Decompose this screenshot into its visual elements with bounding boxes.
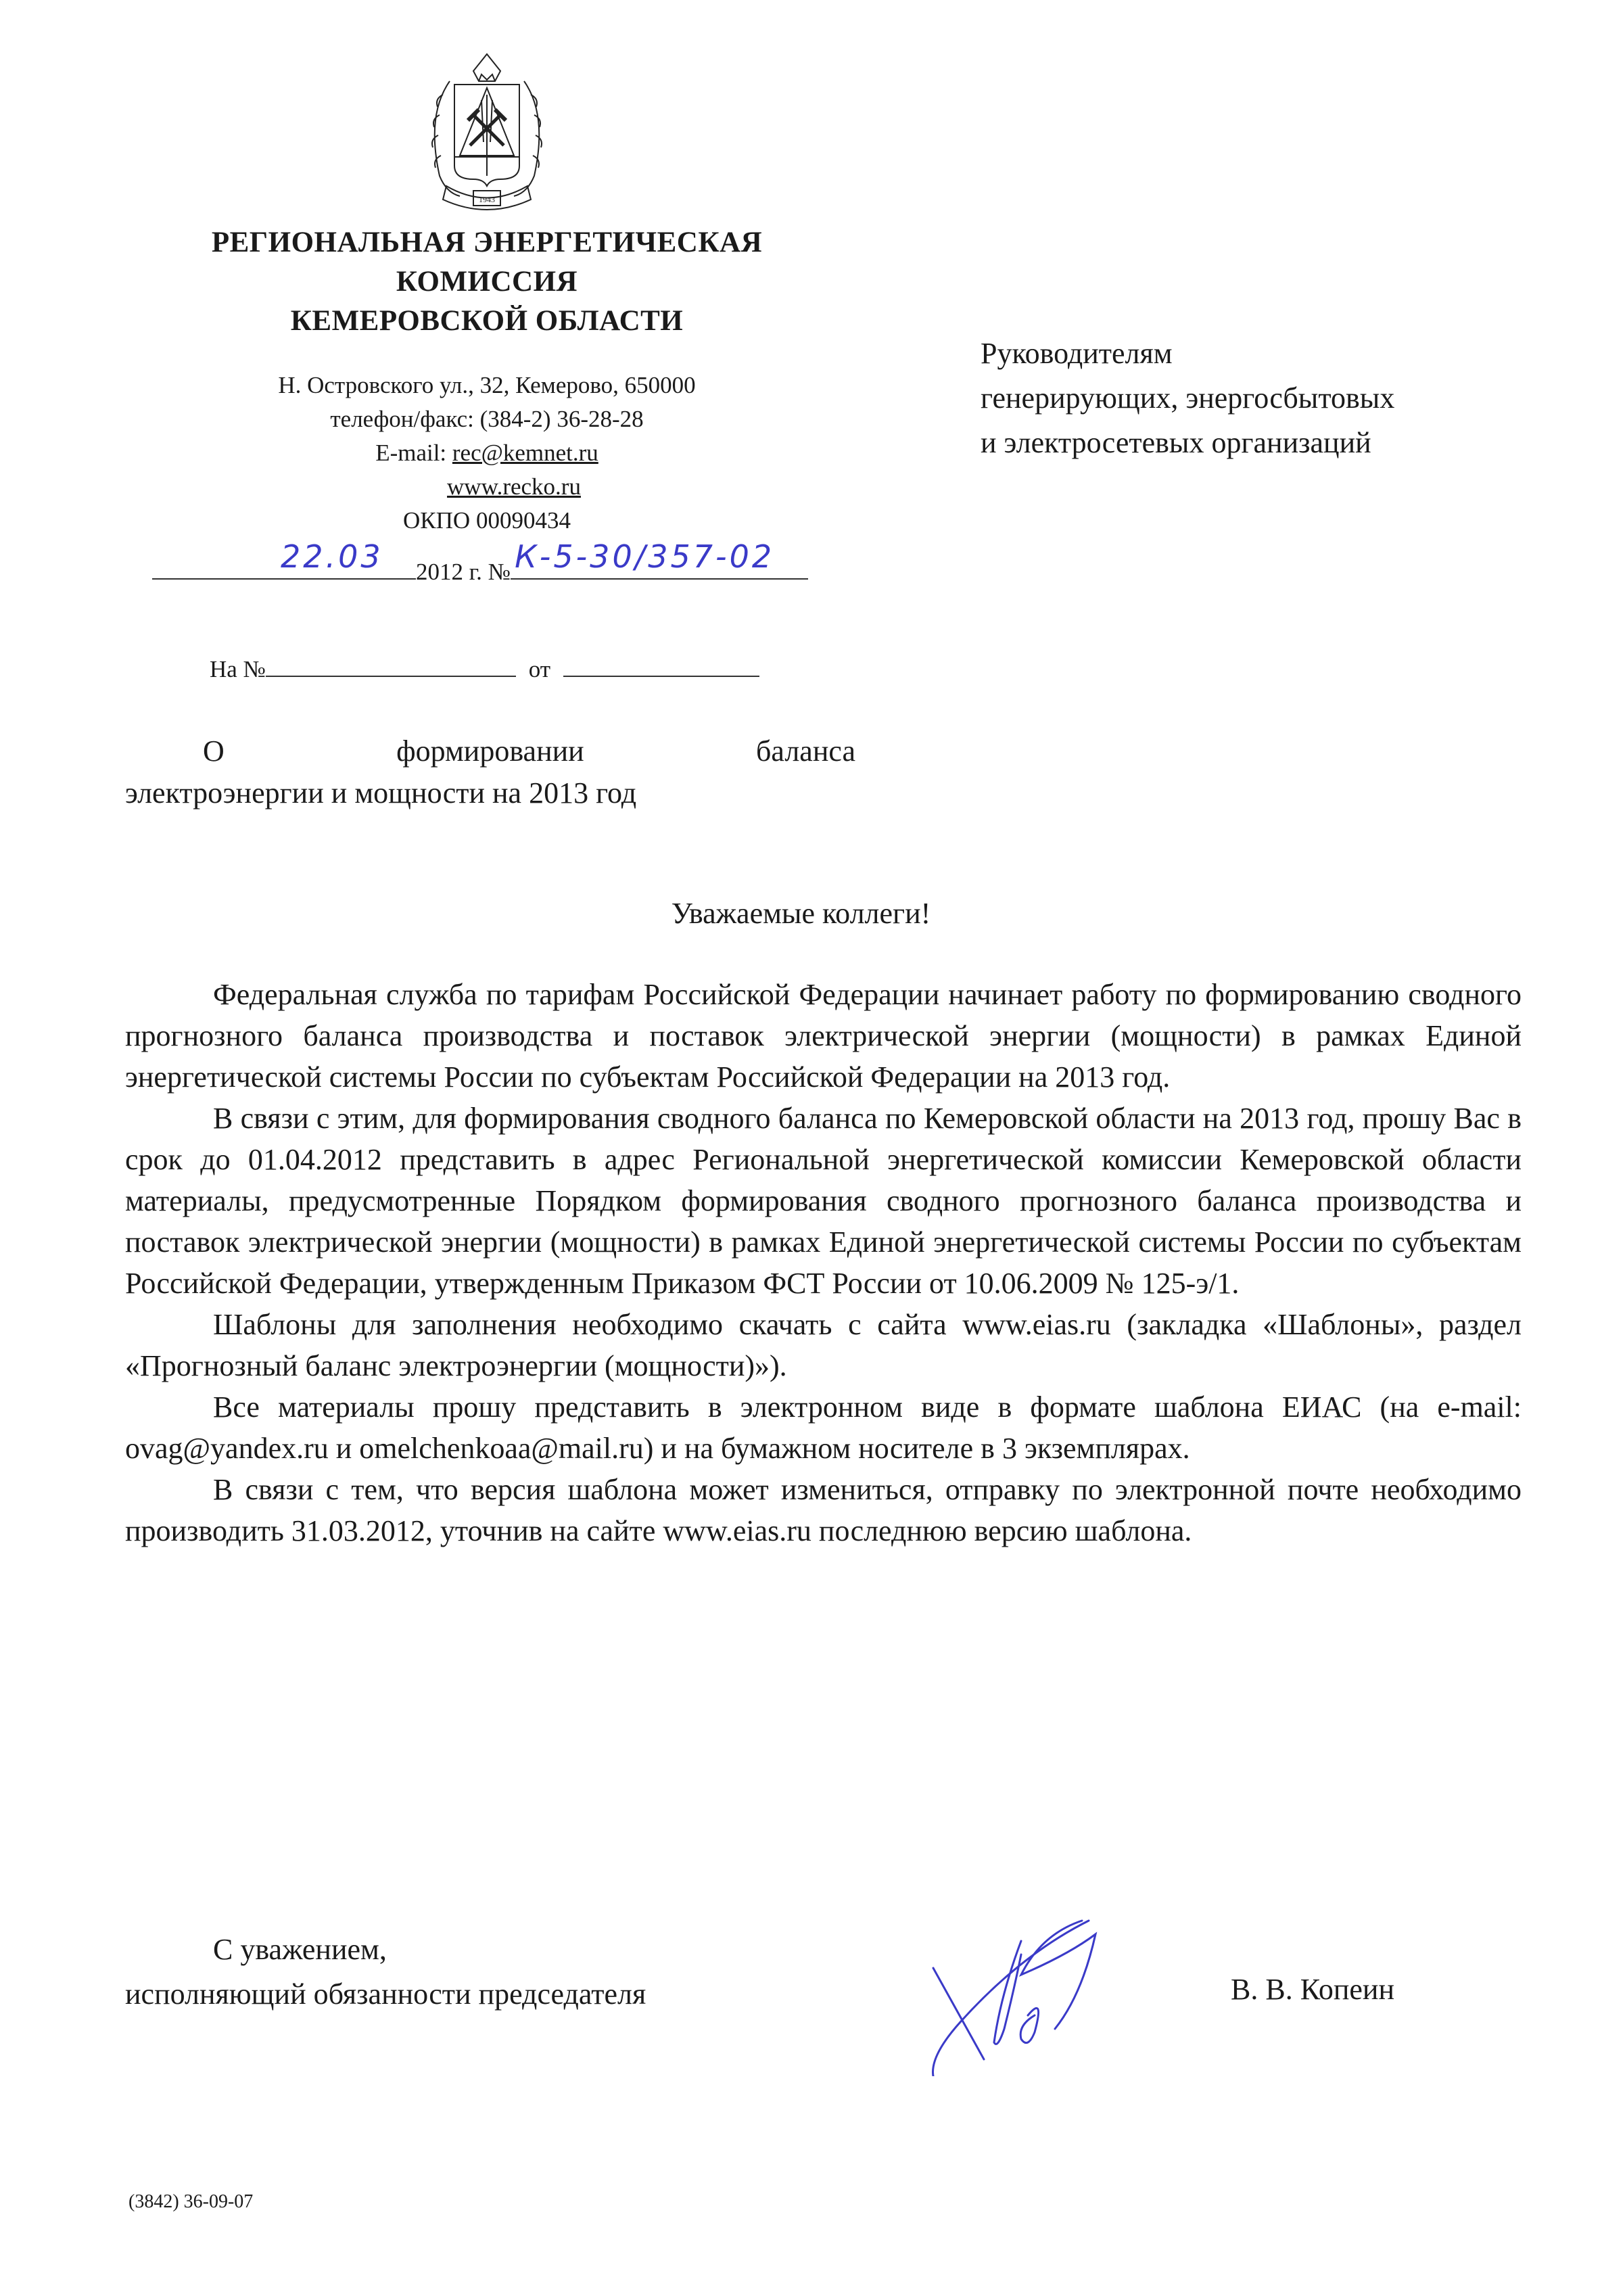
reply-from-label: от (529, 656, 550, 682)
addressee-line-2: генерирующих, энергосбытовых (981, 376, 1555, 421)
closing-regards: С уважением, (125, 1927, 646, 1972)
reply-number-label: На № (210, 656, 266, 682)
registration-number-field: К-5-30/357-02 (511, 551, 808, 580)
emblem-year: 1943 (479, 195, 495, 204)
date-field: 22.03 (152, 551, 416, 580)
handwritten-signature (920, 1914, 1136, 2076)
organization-name: РЕГИОНАЛЬНАЯ ЭНЕРГЕТИЧЕСКАЯ КОМИССИЯ КЕМ… (156, 223, 818, 341)
addressee-line-1: Руководителям (981, 331, 1555, 376)
website-link[interactable]: www.recko.ru (447, 473, 581, 500)
email-label: E-mail: (375, 440, 452, 466)
signature-icon (920, 1914, 1136, 2076)
registration-line: 22.03 2012 г. № К-5-30/357-02 (152, 551, 808, 592)
org-name-line-3: КЕМЕРОВСКОЙ ОБЛАСТИ (156, 302, 818, 341)
subject-line-2: электроэнергии и мощности на 2013 год (125, 772, 855, 814)
subject-line-1: О формировании баланса (125, 730, 855, 772)
signer-title: исполняющий обязанности председателя (125, 1972, 646, 2017)
emblem-icon: 1943 (406, 41, 568, 223)
reply-number-field (266, 655, 516, 677)
signer-name: В. В. Копеин (1231, 1972, 1394, 2007)
reply-reference-line: На № от (210, 653, 759, 686)
body-paragraph: Федеральная служба по тарифам Российской… (125, 974, 1522, 1098)
org-website-line: www.recko.ru (156, 470, 818, 504)
letter-subject: О формировании баланса электроэнергии и … (125, 730, 855, 814)
greeting: Уважаемые коллеги! (0, 896, 1602, 931)
subject-word: формировании (396, 730, 584, 772)
handwritten-number: К-5-30/357-02 (515, 536, 774, 577)
org-address: Н. Островского ул., 32, Кемерово, 650000 (156, 369, 818, 402)
body-paragraph: В связи с этим, для формирования сводног… (125, 1098, 1522, 1304)
body-paragraph: Шаблоны для заполнения необходимо скачат… (125, 1304, 1522, 1386)
org-email-line: E-mail: rec@kemnet.ru (156, 436, 818, 470)
addressee-line-3: и электросетевых организаций (981, 421, 1555, 465)
year-number-label: 2012 г. № (416, 559, 511, 585)
org-phone-fax: телефон/факс: (384-2) 36-28-28 (156, 402, 818, 436)
subject-word: баланса (756, 730, 855, 772)
body-paragraph: Все материалы прошу представить в электр… (125, 1386, 1522, 1469)
subject-word: О (203, 730, 225, 772)
org-okpo: ОКПО 00090434 (156, 504, 818, 538)
letter-body: Федеральная служба по тарифам Российской… (125, 974, 1522, 1551)
executor-phone: (3842) 36-09-07 (128, 2191, 253, 2213)
email-link[interactable]: rec@kemnet.ru (452, 440, 598, 466)
organization-contacts: Н. Островского ул., 32, Кемерово, 650000… (156, 369, 818, 538)
handwritten-date: 22.03 (281, 536, 383, 577)
coat-of-arms-emblem: 1943 (406, 41, 568, 223)
addressee-block: Руководителям генерирующих, энергосбытов… (981, 331, 1555, 465)
reply-date-field (563, 655, 759, 677)
body-paragraph: В связи с тем, что версия шаблона может … (125, 1469, 1522, 1551)
org-name-line-1: РЕГИОНАЛЬНАЯ ЭНЕРГЕТИЧЕСКАЯ (156, 223, 818, 262)
closing-block: С уважением, исполняющий обязанности пре… (125, 1927, 646, 2017)
org-name-line-2: КОМИССИЯ (156, 262, 818, 302)
